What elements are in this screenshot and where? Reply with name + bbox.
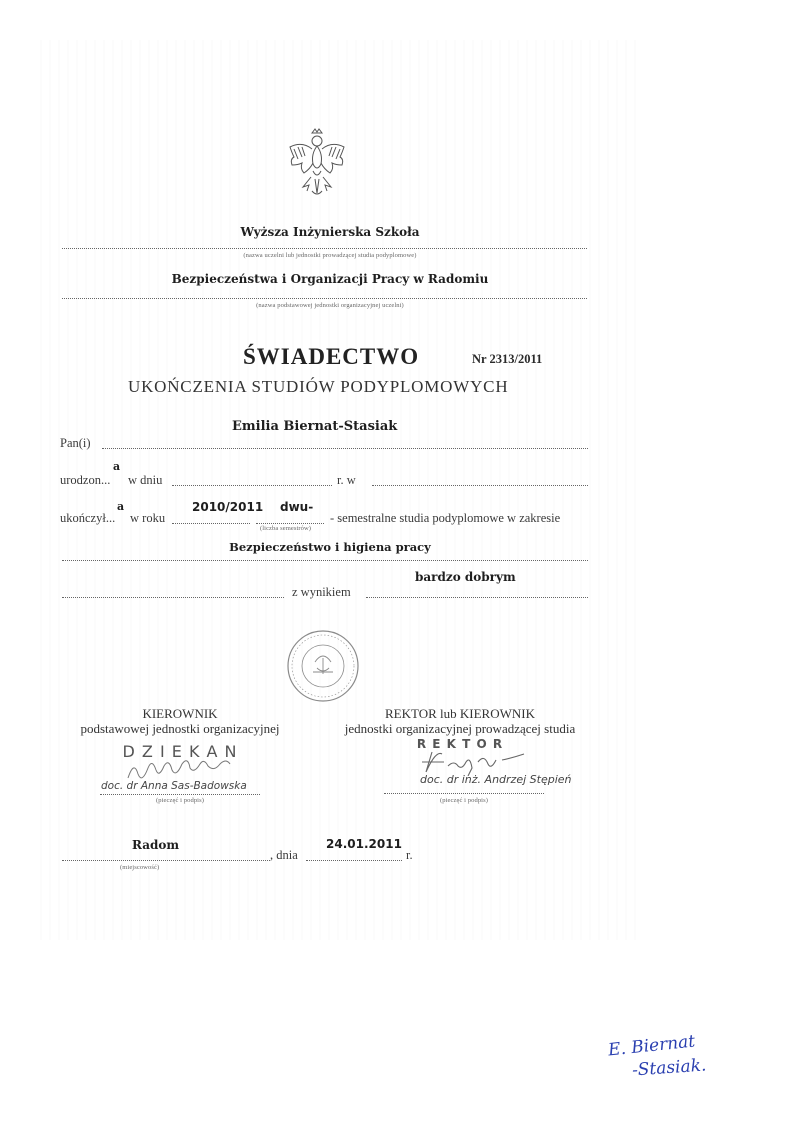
scope-value: Bezpieczeństwo i higiena pracy [60,540,600,554]
institution-name-line1: Wyższa Inżynierska Szkoła [60,225,600,239]
dotted-line [62,597,284,598]
rector-handwritten-signature-icon [418,748,528,776]
left-signatory-subtitle: podstawowej jednostki organizacyjnej [40,721,320,737]
born-date-label: w dniu [128,473,162,488]
dotted-line [306,860,402,861]
rector-name: doc. dr inż. Andrzej Stępień [420,773,572,786]
result-value: bardzo dobrym [415,570,516,584]
left-signatory-title: KIEROWNIK [40,706,320,722]
semesters-caption: (liczba semestrów) [260,525,311,532]
dotted-line [62,560,588,561]
dotted-line [62,298,587,299]
pan-label: Pan(i) [60,436,91,451]
certificate-number: Nr 2313/2011 [472,352,542,367]
dotted-line [256,523,324,524]
handwritten-signature-line2: -Stasiak. [631,1055,707,1080]
dotted-line [172,523,250,524]
result-label: z wynikiem [292,585,351,600]
dean-name: doc. dr Anna Sas-Badowska [101,780,247,792]
completed-label: ukończył... [60,511,115,526]
place-caption: (miejscowość) [120,864,159,871]
official-round-seal-icon [285,628,361,704]
dotted-line [384,793,544,794]
born-suffix: a [113,460,120,473]
date-label: , dnia [270,848,298,863]
institution-caption-1: (nazwa uczelni lub jednostki prowadzącej… [60,252,600,259]
right-signature-caption: (pieczęć i podpis) [384,797,544,804]
dotted-line [62,860,270,861]
date-value: 24.01.2011 [326,837,402,851]
graduate-name: Emilia Biernat-Stasiak [232,419,397,434]
document-title: ŚWIADECTWO [243,344,419,370]
right-signatory-subtitle: jednostki organizacyjnej prowadzącej stu… [320,721,600,737]
dotted-line [172,485,332,486]
dotted-line [366,597,588,598]
semesters-value: dwu- [280,500,313,514]
dotted-line [102,448,588,449]
document-subtitle: UKOŃCZENIA STUDIÓW PODYPLOMOWYCH [128,377,508,397]
born-place-label: r. w [337,473,356,488]
date-r-label: r. [406,848,413,863]
place-value: Radom [132,838,179,852]
institution-caption-2: (nazwa podstawowej jednostki organizacyj… [60,302,600,309]
dotted-line [100,794,260,795]
year-value: 2010/2011 [192,500,263,514]
left-signature-caption: (pieczęć i podpis) [100,797,260,804]
dotted-line [372,485,588,486]
scope-text: - semestralne studia podyplomowe w zakre… [330,511,560,526]
polish-eagle-emblem-icon [282,125,352,205]
year-label: w roku [130,511,165,526]
right-signatory-title: REKTOR lub KIEROWNIK [320,706,600,722]
completed-suffix: a [117,500,124,513]
institution-name-line2: Bezpieczeństwa i Organizacji Pracy w Rad… [60,272,600,286]
dotted-line [62,248,587,249]
born-label: urodzon... [60,473,110,488]
